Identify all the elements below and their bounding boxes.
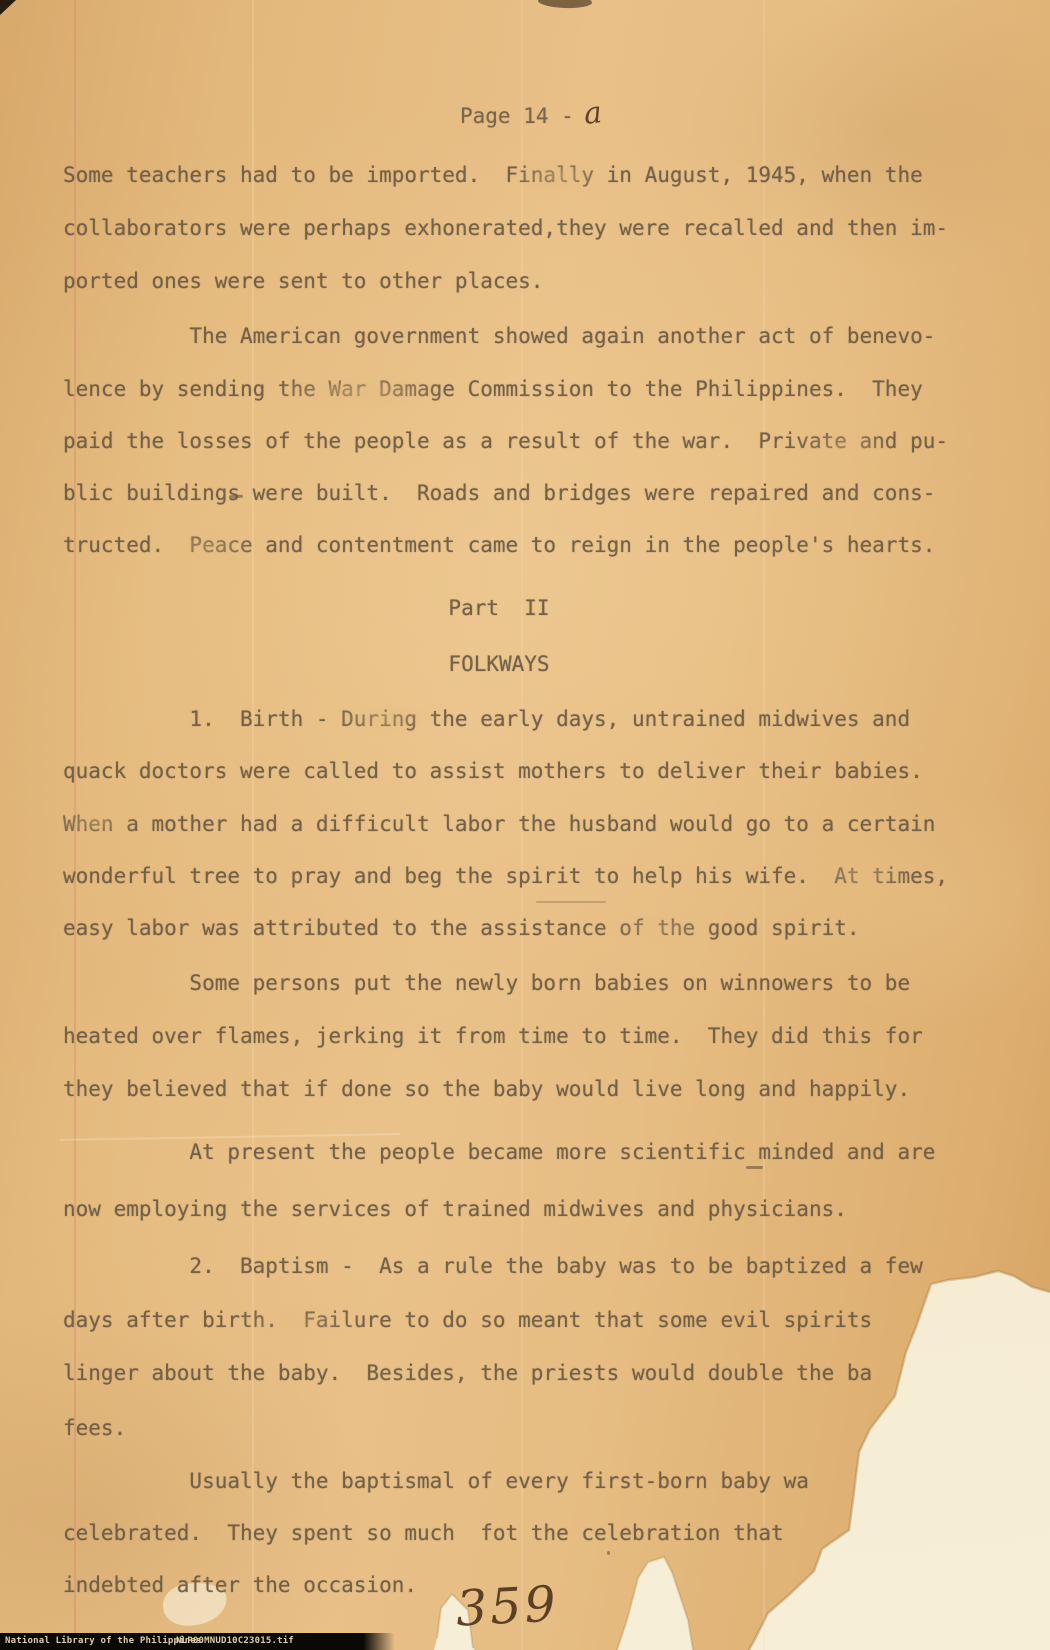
- typed-line: lence by sending the War Damage Commissi…: [63, 377, 935, 401]
- typed-line: tructed. Peace and contentment came to r…: [63, 533, 935, 557]
- typed-line: 2. Baptism - As a rule the baby was to b…: [63, 1254, 935, 1278]
- typed-line: Usually the baptismal of every first-bor…: [63, 1469, 935, 1493]
- typed-line: now employing the services of trained mi…: [63, 1197, 935, 1221]
- typed-line: heated over flames, jerking it from time…: [63, 1024, 935, 1048]
- typed-line: When a mother had a difficult labor the …: [63, 812, 935, 836]
- typed-line: easy labor was attributed to the assista…: [63, 916, 935, 940]
- typed-line: fees.: [63, 1416, 935, 1440]
- typed-line: collaborators were perhaps exhonerated,t…: [63, 216, 935, 240]
- typed-line: blic buildings were built. Roads and bri…: [63, 481, 935, 505]
- typewritten-text-layer: Page 14 - a Some teachers had to be impo…: [0, 0, 1050, 1650]
- typed-line: At present the people became more scient…: [63, 1140, 935, 1164]
- scanned-document-page: Page 14 - a Some teachers had to be impo…: [0, 0, 1050, 1650]
- typed-line: The American government showed again ano…: [63, 324, 935, 348]
- typed-line: Some teachers had to be imported. Finall…: [63, 163, 935, 187]
- scan-filename: NLP00MNUD10C23015.tif: [176, 1636, 294, 1646]
- handwritten-page-number: 359: [455, 1575, 560, 1637]
- typed-line: wonderful tree to pray and beg the spiri…: [63, 864, 935, 888]
- typed-line: celebrated. They spent so much fot the c…: [63, 1521, 935, 1545]
- page-header-typed: Page 14 -: [460, 104, 586, 128]
- typed-line: paid the losses of the people as a resul…: [63, 429, 935, 453]
- typed-line: ported ones were sent to other places.: [63, 269, 935, 293]
- scan-info-bar: National Library of the Philippines NLP0…: [0, 1633, 395, 1650]
- section-heading: FOLKWAYS: [63, 652, 935, 676]
- section-heading: Part II: [63, 596, 935, 620]
- page-header-handwritten: a: [582, 95, 603, 132]
- typed-line: Some persons put the newly born babies o…: [63, 971, 935, 995]
- typed-line: they believed that if done so the baby w…: [63, 1077, 935, 1101]
- library-name: National Library of the Philippines: [5, 1636, 202, 1646]
- typed-line: linger about the baby. Besides, the prie…: [63, 1361, 935, 1385]
- typed-line: 1. Birth - During the early days, untrai…: [63, 707, 935, 731]
- typed-line: quack doctors were called to assist moth…: [63, 759, 935, 783]
- typed-line: days after birth. Failure to do so meant…: [63, 1308, 935, 1332]
